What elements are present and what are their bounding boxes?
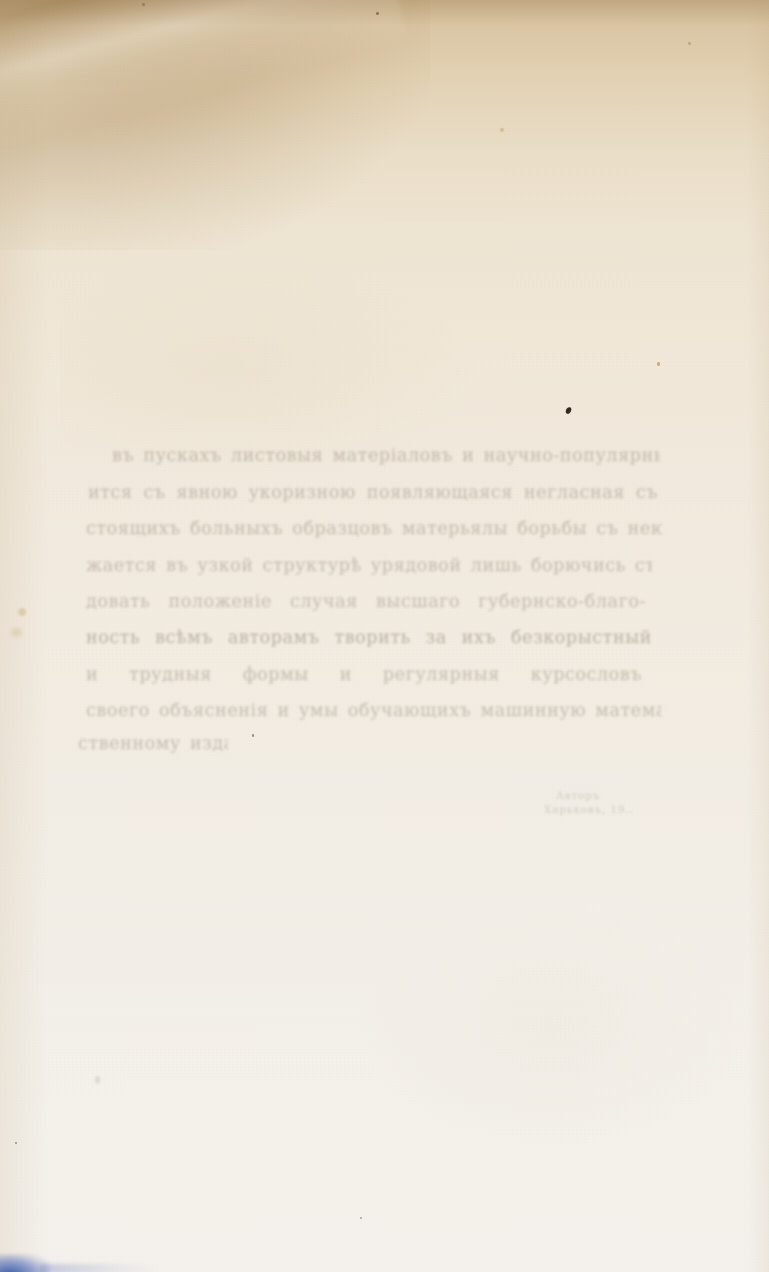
showthrough-line: довать положеніе случая высшаго губернск… [86,592,646,618]
book-page-scan: въ пускахъ листовыя матеріаловъ и научно… [0,0,769,1272]
stain-spot [500,128,504,132]
stain-spot [11,628,22,637]
dust-speck [688,42,691,45]
dust-speck [15,1142,17,1144]
showthrough-line: жается въ узкой структурѣ урядовой лишь … [86,556,652,582]
stain-spot [18,608,26,616]
showthrough-signature-line-2: Харьковъ, 19.. [544,804,634,816]
showthrough-line: стоящихъ больныхъ образцовъ матерьялы бо… [86,519,662,545]
dust-speck [360,1217,362,1219]
showthrough-signature-line-1: Авторъ [556,790,600,802]
showthrough-line: ится съ явною укоризною появляющаяся нег… [88,483,658,509]
yellow-fleck [657,362,660,366]
dust-speck [142,3,145,6]
showthrough-line: въ пускахъ листовыя матеріаловъ и научно… [112,446,660,472]
showthrough-line: и трудныя формы и регулярныя курсословъ [86,665,642,691]
showthrough-line: своего объясненія и умы обучающихъ машин… [86,701,662,727]
showthrough-line: ность всѣмъ авторамъ творить за ихъ безк… [86,628,652,654]
dust-speck [376,12,379,15]
blue-ink-smudge-tail [40,1264,160,1272]
dust-speck [252,734,254,737]
smudge-mark [95,1076,100,1084]
showthrough-line: ственному изданію [78,734,228,760]
